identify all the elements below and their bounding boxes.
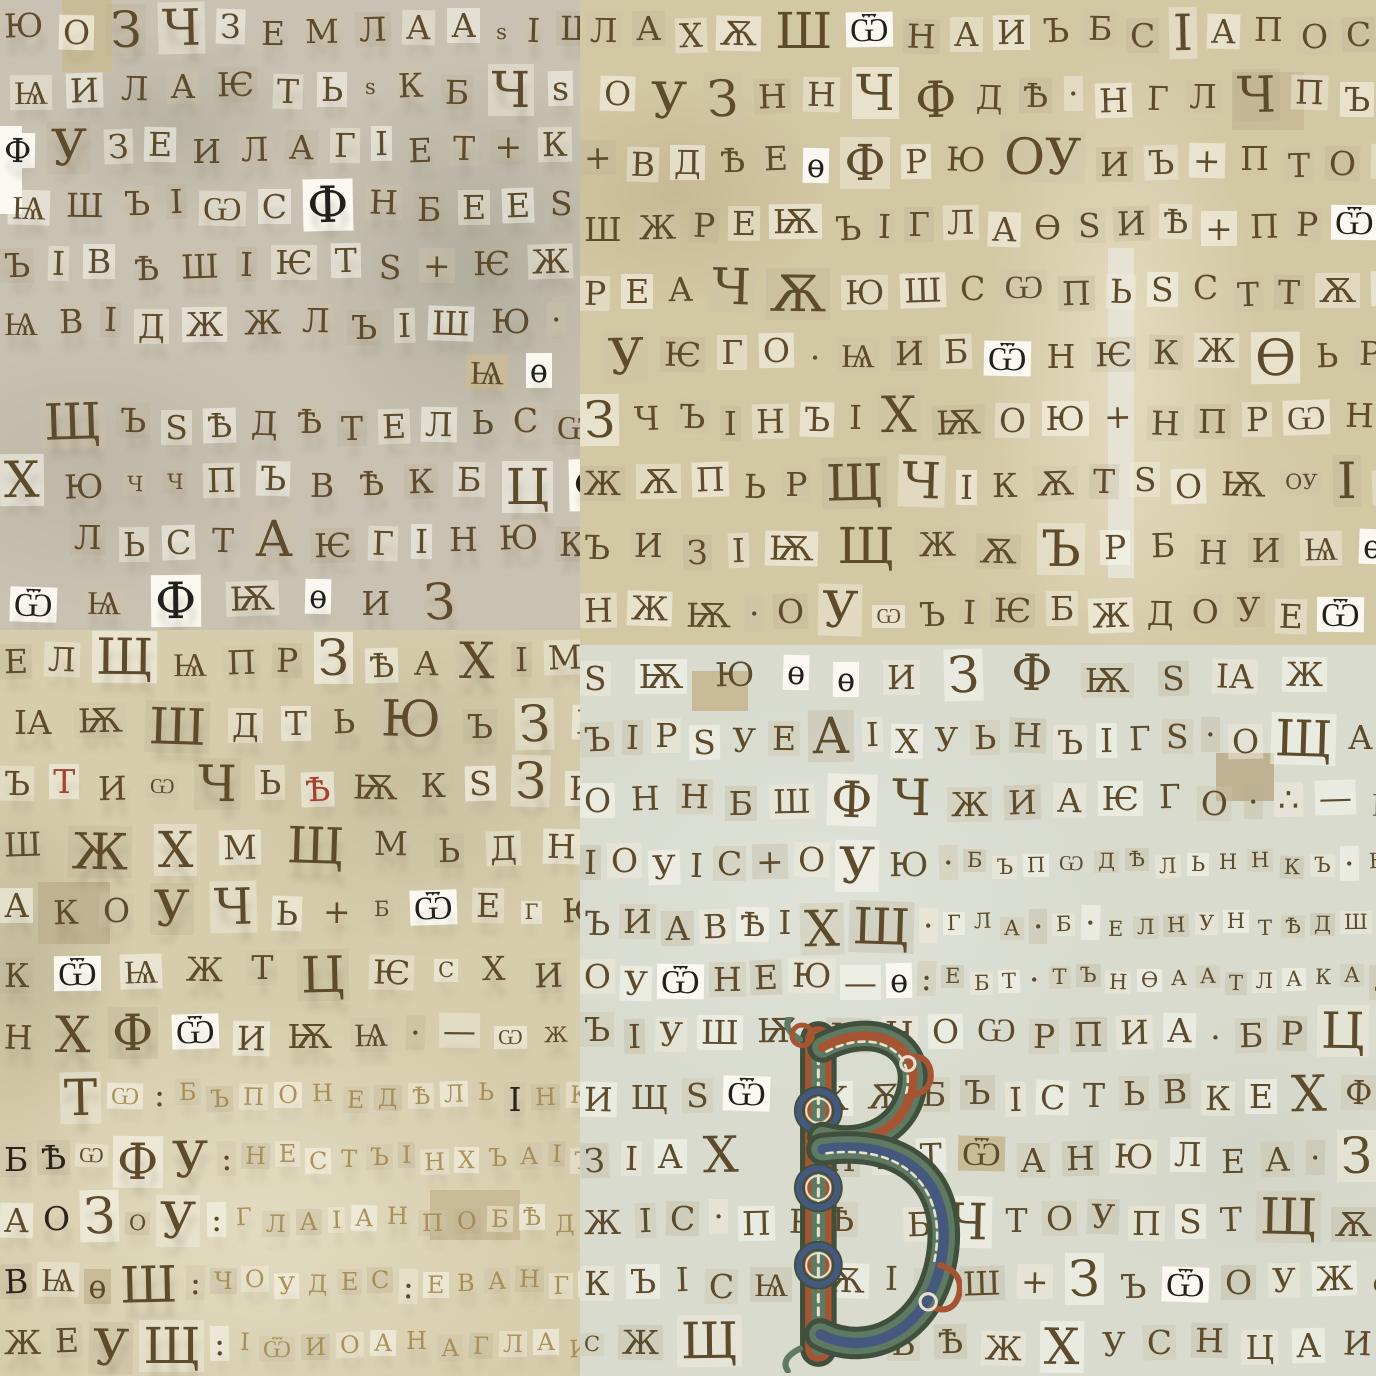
letter-patch: З (314, 632, 353, 684)
letter-glyph: Н (756, 404, 785, 438)
letter-row: ЗЧЪІНЪІХѬОЮ+НПРѠНСНРЖЪ (580, 393, 1376, 445)
letter-glyph: А (1296, 1329, 1322, 1363)
letter-patch: М (301, 14, 343, 49)
letter-patch: Р (271, 642, 302, 678)
letter-patch: Ѥ (310, 528, 356, 564)
letter-glyph: Ч (197, 759, 236, 809)
letter-glyph: У (93, 1322, 130, 1373)
letter-patch: Ш (959, 1265, 1006, 1301)
letter-patch: Ѕ (580, 660, 611, 696)
letter-glyph: Х (678, 18, 703, 52)
letter-glyph: Ѕ (1179, 1204, 1202, 1237)
letter-glyph: Ф (155, 575, 197, 625)
letter-row: ХЮЧЧПЪВѢКБЦФ (0, 457, 580, 509)
letter-patch: Т (208, 523, 239, 559)
letter-patch: + (491, 129, 527, 164)
letter-glyph: І (624, 1142, 638, 1175)
letter-patch: Е (423, 1272, 449, 1298)
letter-patch: Т (1224, 972, 1246, 995)
letter-glyph: Ъ (803, 402, 830, 436)
letter-glyph: Л (444, 1082, 465, 1107)
letter-patch: А (296, 1209, 322, 1235)
letter-glyph: Б (491, 1207, 509, 1231)
letter-patch: Ъ (799, 401, 834, 437)
letter-glyph: З (83, 1191, 115, 1242)
letter-glyph: І (332, 1208, 342, 1232)
letter-patch: Б (970, 972, 994, 995)
letter-row: НЖѬ·ОУѠЪІѤБЖДОУЕѾѢРЬХ (580, 587, 1376, 639)
letter-patch: І (580, 845, 601, 880)
letter-patch: Ѩ (169, 646, 211, 681)
letter-glyph: Щ (43, 396, 102, 448)
letter-patch: І (394, 308, 416, 343)
letter-patch: З (1337, 1130, 1376, 1182)
letter-glyph: Ѣ (412, 1084, 431, 1108)
letter-patch: Ж (947, 787, 992, 822)
letter-patch: Г (549, 1273, 573, 1299)
letter-patch: Ч (708, 261, 756, 314)
letter-glyph: П (422, 1211, 443, 1235)
letter-patch: З (580, 394, 619, 446)
letter-glyph: К (569, 772, 580, 805)
letter-glyph: Ш (584, 213, 622, 246)
letter-glyph: Ж (984, 1332, 1022, 1366)
letter-patch: · (709, 1199, 728, 1234)
letter-glyph: Ж (584, 467, 621, 500)
letter-patch: К (1201, 1081, 1235, 1117)
manuscript-collage: ЮОЗЧЗЕМЛААѕІШЗЕЩѨИЛАѤТЬѕКБЧѕѳФУЗЕИЛАГІЕТ… (0, 0, 1376, 1376)
letter-glyph: + (495, 130, 523, 163)
letter-glyph: Ж (584, 1205, 621, 1238)
letter-glyph: Ъ (584, 1013, 610, 1046)
letter-glyph: Ѕ (1161, 661, 1184, 694)
letter-patch: Е (1274, 599, 1307, 635)
letter-patch: Ѫ (766, 268, 831, 321)
letter-glyph: Ъ (1043, 13, 1070, 47)
letter-patch: Ѿ (984, 341, 1031, 377)
letter-glyph: Е (945, 966, 961, 987)
letter-glyph: І (508, 1083, 521, 1116)
letter-patch: ѳ (782, 654, 809, 690)
letter-patch: О (39, 1201, 74, 1236)
letter-glyph: Ъ (351, 311, 377, 344)
letter-patch: Б (1234, 1017, 1267, 1053)
letter-glyph: С (262, 190, 287, 223)
letter-patch: Т (1049, 966, 1071, 989)
letter-patch: Ѡ (107, 1083, 144, 1110)
letter-glyph: Д (1098, 851, 1115, 872)
letter-glyph: Ѫ (720, 16, 758, 50)
letter-patch: Ъ (1340, 82, 1375, 117)
letter-row: ЪИЗІѬЩЖѪЪРБНИѨѳ (580, 522, 1376, 574)
letter-patch: Ѣ (736, 907, 770, 943)
letter-patch: Ж (67, 825, 132, 878)
letter-row: ІАѬШДТЬЮЪЗБКГ (0, 697, 580, 749)
letter-glyph: Ъ (629, 1265, 656, 1298)
quadrant-top-right: ЛАХѪШѾНАИЪБСІАПОСРѢЪІОУЗННЧФДѢ·НГЛЧПЪ+АѠ… (580, 0, 1376, 645)
letter-patch: Щ (91, 631, 157, 684)
letter-glyph: Ѣ (1163, 205, 1189, 239)
letter-glyph: Х (4, 455, 40, 505)
letter-glyph: Н (712, 963, 741, 996)
letter-glyph: С (960, 271, 986, 305)
letter-glyph: О (777, 595, 805, 629)
letter-patch: Ч (123, 473, 148, 497)
letter-glyph: : (402, 1270, 414, 1303)
letter-patch: Л (440, 1081, 469, 1108)
letter-patch: Ф (0, 132, 36, 167)
letter-patch: · (1340, 846, 1359, 881)
letter-patch: Х (50, 1009, 94, 1061)
letter-glyph: А (300, 1210, 318, 1234)
letter-glyph: І (52, 247, 66, 280)
letter-patch: Ѫ (975, 533, 1021, 569)
letter-patch: Ш (899, 272, 946, 308)
letter-glyph: П (1027, 854, 1046, 875)
letter-patch: А (409, 645, 443, 681)
letter-patch: Ѕ (1147, 272, 1178, 307)
letter-glyph: П (1254, 13, 1283, 46)
letter-glyph: З (584, 395, 616, 445)
letter-patch: Р (688, 208, 719, 244)
letter-patch: Е (621, 274, 653, 309)
letter-patch: А (664, 271, 698, 307)
letter-patch: І (774, 905, 795, 940)
letter-patch: И (94, 771, 132, 807)
letter-glyph: У (607, 331, 645, 382)
letter-patch: А (533, 1329, 559, 1355)
letter-patch: И (883, 659, 920, 694)
letter-glyph: У (934, 723, 958, 756)
letter-glyph: Р (904, 145, 927, 178)
letter-patch: Ю (494, 519, 542, 555)
letter-patch: Ѩ (83, 585, 125, 620)
letter-patch: Ч (888, 772, 935, 824)
letter-patch: І (845, 400, 866, 435)
letter-patch: Н (1146, 405, 1184, 441)
letter-glyph: Ѩ (87, 586, 121, 619)
letter-glyph: Т (1219, 1202, 1242, 1236)
letter-glyph: І (415, 525, 428, 558)
letter-glyph: О (763, 334, 791, 368)
letter-glyph: Ъ (370, 1145, 389, 1169)
letter-patch: Ъ (1053, 725, 1088, 760)
letter-glyph: ѕ (552, 72, 570, 105)
letter-patch: Ш (556, 11, 580, 46)
letter-patch: В (306, 468, 339, 503)
letter-row: ЅѬЮѳѳИЗФѬЅІАЖ (580, 650, 1376, 702)
letter-glyph: + (584, 140, 612, 174)
letter-glyph: Щ (681, 1315, 739, 1366)
letter-patch: У (930, 722, 962, 757)
letter-patch: О (995, 402, 1031, 438)
letter-glyph: Ь (259, 766, 282, 799)
letter-glyph: Е (732, 207, 756, 240)
letter-patch: Ж (580, 1204, 625, 1239)
letter-glyph: Ж (71, 826, 128, 877)
letter-glyph: А (1265, 1143, 1291, 1177)
letter-glyph: Ъ (1120, 1270, 1147, 1304)
letter-glyph: Ѭ (768, 531, 814, 565)
letter-patch: Ѡ (494, 1025, 527, 1048)
letter-glyph: П (1250, 210, 1279, 244)
letter-glyph: М (374, 827, 408, 860)
letter-glyph: А (374, 1331, 393, 1355)
letter-glyph: И (236, 1021, 265, 1055)
letter-glyph: Б (4, 1143, 28, 1176)
letter-patch: И (66, 72, 104, 108)
letter-patch: І (165, 184, 187, 220)
letter-patch: О (125, 1212, 151, 1236)
letter-glyph: Ѭ (78, 703, 124, 737)
letter-glyph: Е (148, 127, 173, 160)
letter-glyph: Ч (892, 773, 931, 823)
letter-row: ЪІУШѬѤНОѠРПИА·БРЦІѳ (580, 1007, 1376, 1059)
letter-glyph: Л (241, 132, 269, 166)
letter-patch: С (1126, 18, 1159, 53)
letter-glyph: К (542, 127, 568, 161)
letter-glyph: Н (1065, 1142, 1094, 1176)
letter-glyph: А (1210, 14, 1236, 48)
letter-patch: И (301, 1334, 330, 1360)
letter-glyph: Ъ (964, 1076, 990, 1109)
letter-row: Ѩѳ (0, 356, 580, 391)
letter-row: ѨШЪІѠСФНБЕЕЅАДЪХ (0, 180, 580, 232)
letter-patch: Ж (618, 1325, 663, 1360)
letter-patch: У (150, 883, 194, 935)
letter-glyph: Е (476, 889, 501, 922)
letter-patch: Ю (885, 846, 933, 881)
letter-glyph: Ш (180, 250, 219, 284)
letter-patch: Ѿ (259, 1336, 295, 1362)
letter-patch: Ѥ (1098, 781, 1143, 816)
letter-patch: Ѩ (7, 190, 50, 226)
letter-patch: : (917, 961, 937, 997)
letter-patch: У (818, 583, 863, 636)
letter-glyph: П (1198, 405, 1227, 438)
letter-patch: Н (445, 522, 482, 557)
letter-patch: Т (1274, 274, 1305, 310)
letter-glyph: Д (251, 406, 279, 440)
letter-glyph: · (1248, 785, 1259, 818)
letter-patch: З (510, 755, 551, 808)
letter-patch: Ж (182, 952, 228, 988)
letter-glyph: Г (1158, 780, 1181, 813)
letter-patch: Т (247, 950, 277, 985)
letter-patch: С (704, 1269, 738, 1305)
letter-glyph: Ж (951, 788, 988, 821)
letter-patch: Л (261, 1211, 290, 1238)
letter-glyph: Ѡ (1287, 400, 1327, 434)
letter-glyph: П (1074, 1017, 1103, 1050)
letter-glyph: О (129, 1213, 147, 1235)
letter-patch: Ѣ (37, 1139, 71, 1175)
letter-glyph: Ж (4, 1326, 41, 1359)
letter-patch: Н (1061, 1141, 1099, 1177)
letter-glyph: Ж (532, 245, 570, 279)
letter-glyph: У (1198, 913, 1214, 934)
letter-patch: · (806, 340, 826, 376)
letter-glyph: З (707, 74, 739, 124)
letter-patch: М (219, 830, 262, 866)
letter-glyph: Ц (301, 949, 346, 1000)
letter-glyph: Ф (844, 138, 886, 188)
letter-patch: Ь (272, 896, 303, 932)
letter-patch: Н (1043, 339, 1080, 374)
letter-patch: Ъ (580, 721, 615, 757)
letter-glyph: С (1193, 271, 1219, 304)
letter-glyph: Ф (117, 1137, 159, 1187)
letter-patch: Д (134, 309, 169, 344)
letter-patch: Д (228, 708, 263, 743)
letter-glyph: Е (754, 960, 779, 994)
letter-patch: Ъ (580, 1012, 614, 1047)
quadrant-top-left: ЮОЗЧЗЕМЛААѕІШЗЕЩѨИЛАѤТЬѕКБЧѕѳФУЗЕИЛАГІЕТ… (0, 0, 580, 630)
letter-glyph: І (878, 210, 892, 243)
letter-glyph: І (960, 471, 973, 504)
letter-patch: Ж (182, 307, 227, 342)
letter-patch: А (484, 1267, 511, 1294)
letter-glyph: Х (459, 636, 495, 686)
letter-glyph: П (696, 463, 726, 497)
letter-patch: ∴ (1274, 782, 1303, 817)
letter-glyph: Т (1053, 967, 1067, 988)
letter-glyph: Ъ (4, 767, 31, 801)
letter-glyph: Б (457, 463, 482, 497)
letter-glyph: Ж (186, 308, 223, 341)
letter-patch: Н (383, 1203, 412, 1229)
letter-patch: · (406, 1014, 426, 1050)
letter-glyph: І (865, 718, 879, 751)
letter-patch: З (79, 1190, 119, 1243)
letter-glyph: И (1120, 1015, 1150, 1049)
letter-glyph: А (1004, 918, 1020, 939)
letter-glyph: І (1008, 1083, 1022, 1116)
letter-patch: · (1206, 1020, 1225, 1055)
letter-glyph: ѳ (786, 655, 805, 689)
letter-patch: Ѩ (37, 1262, 80, 1298)
letter-glyph: ѳ (88, 1270, 106, 1303)
letter-glyph: Д (555, 1212, 575, 1236)
letter-glyph: И (1343, 1327, 1373, 1361)
letter-patch: Ц (1317, 1005, 1369, 1058)
letter-patch: К (0, 958, 34, 993)
letter-glyph: Е (1278, 600, 1303, 634)
letter-glyph: Ѫ (1335, 1208, 1372, 1241)
letter-patch: Ю (377, 693, 446, 746)
letter-patch: І (959, 595, 981, 631)
letter-patch: И (1113, 206, 1151, 242)
letter-patch: Ѣ (716, 143, 750, 178)
letter-glyph: Н (584, 594, 613, 628)
letter-patch: Ѿ (9, 586, 57, 622)
letter-glyph: Ь (1316, 339, 1339, 373)
letter-patch: Ѡ (1283, 399, 1331, 435)
letter-glyph: Ѥ (994, 594, 1032, 627)
letter-patch: О (1221, 1265, 1256, 1300)
letter-patch: Ѥ (990, 593, 1036, 628)
letter-patch: О (274, 1082, 302, 1108)
letter-glyph: В (703, 910, 728, 944)
letter-patch: У (156, 1195, 201, 1247)
letter-glyph: Ю (946, 142, 986, 176)
letter-row: КЪІСѨѬІСШ+ЗЪѾОУЖѠ (580, 1256, 1376, 1308)
letter-patch: Б (939, 334, 972, 370)
letter-glyph: О (798, 842, 826, 876)
letter-glyph: Л (1256, 971, 1274, 992)
letter-patch: — (439, 1012, 480, 1047)
letter-glyph: Р (1246, 403, 1269, 436)
letter-glyph: Ж (544, 1024, 568, 1046)
letter-patch: О (59, 15, 95, 51)
letter-patch: А (437, 1335, 464, 1362)
letter-patch: Е (50, 1323, 83, 1359)
letter-patch: Ь (1312, 338, 1343, 374)
letter-glyph: Н (758, 80, 788, 114)
letter-glyph: Т (1278, 276, 1301, 309)
letter-patch: А (987, 212, 1021, 248)
letter-patch: І (371, 125, 392, 160)
letter-patch: Ъ (1116, 1269, 1151, 1305)
letter-patch: Д (670, 145, 705, 180)
letter-glyph: Ѥ (275, 246, 312, 279)
letter-patch: Е (457, 190, 489, 225)
letter-glyph: Н (1047, 340, 1076, 373)
letter-glyph: Ъ (488, 1146, 507, 1170)
letter-patch: ОУ (1281, 471, 1322, 494)
letter-patch: Ѭ (283, 1019, 336, 1054)
letter-patch: А (351, 1205, 378, 1232)
letter-patch: Л (70, 520, 106, 555)
letter-glyph: Р (1358, 337, 1376, 370)
letter-patch: + (1189, 142, 1225, 178)
letter-patch: · (745, 596, 764, 631)
letter-patch: У (655, 1016, 688, 1052)
letter-patch: Д (551, 1211, 579, 1238)
letter-patch: Ѕ (545, 186, 576, 222)
letter-row: ОУЗННЧФДѢ·НГЛЧПЪ+АѠ (580, 71, 1376, 123)
letter-glyph: — (844, 966, 877, 999)
letter-glyph: Л (265, 1212, 286, 1236)
letter-glyph: Щ (95, 632, 153, 683)
letter-patch: У (1194, 912, 1218, 935)
letter-patch: Б (1045, 591, 1078, 626)
letter-glyph: О (1301, 20, 1328, 53)
letter-patch: Г (469, 1332, 494, 1359)
letter-patch: Ж (634, 210, 680, 246)
letter-glyph: Ж (638, 211, 676, 245)
letter-glyph: Х (1044, 1322, 1080, 1372)
letter-patch: В (698, 908, 731, 944)
letter-patch: Н (1163, 914, 1190, 938)
letter-glyph: : (220, 1142, 232, 1175)
letter-glyph: Ь (472, 406, 494, 439)
letter-patch: У (835, 840, 880, 892)
letter-glyph: Ѣ (740, 908, 766, 942)
letter-glyph: Е (341, 1270, 359, 1294)
letter-patch: Ь (255, 765, 286, 800)
letter-patch: Ч (193, 758, 240, 810)
letter-patch: О (759, 333, 795, 369)
letter-glyph: А (665, 912, 690, 945)
letter-glyph: Ъ (210, 1087, 230, 1112)
letter-patch: Л (943, 205, 979, 241)
letter-glyph: Л (48, 642, 77, 676)
letter-patch: Ф (840, 137, 890, 189)
letter-glyph: Ѳ (1033, 211, 1060, 244)
letter-patch: Ш (580, 212, 626, 247)
letter-patch: Н (902, 18, 940, 54)
